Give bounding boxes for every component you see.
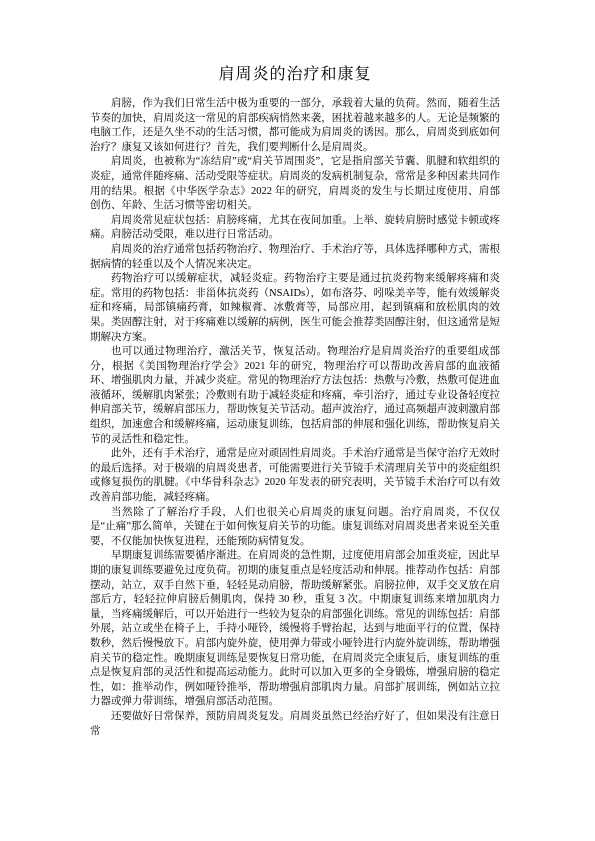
paragraph-daily-care: 还要做好日常保养，预防肩周炎复发。肩周炎虽然已经治疗好了，但如果没有注意日常 [90, 710, 500, 739]
document-page: 肩周炎的治疗和康复 肩膀，作为我们日常生活中极为重要的一部分，承载着大量的负荷。… [0, 0, 595, 841]
paragraph-intro: 肩膀，作为我们日常生活中极为重要的一部分，承载着大量的负荷。然而，随着生活节奏的… [90, 97, 500, 155]
paragraph-physical-therapy: 也可以通过物理治疗，激活关节，恢复活动。物理治疗是肩周炎治疗的重要组成部分，根据… [90, 345, 500, 447]
paragraph-definition: 肩周炎，也被称为“冻结肩”或“肩关节周围炎”，它是指肩部关节囊、肌腱和软组织的炎… [90, 155, 500, 213]
paragraph-symptoms: 肩周炎常见症状包括：肩膀疼痛，尤其在夜间加重。上举、旋转肩膀时感觉卡顿或疼痛。肩… [90, 214, 500, 243]
paragraph-surgery: 此外，还有手术治疗，通常是应对顽固性肩周炎。手术治疗通常是当保守治疗无效时的最后… [90, 447, 500, 505]
document-title: 肩周炎的治疗和康复 [90, 64, 500, 86]
paragraph-rehab-intro: 当然除了了解治疗手段，人们也很关心肩周炎的康复问题。治疗肩周炎，不仅仅是“止痛”… [90, 506, 500, 550]
paragraph-treatment-overview: 肩周炎的治疗通常包括药物治疗、物理治疗、手术治疗等，具体选择哪种方式，需根据病情… [90, 243, 500, 272]
paragraph-rehab-stages: 早期康复训练需要循序渐进。在肩周炎的急性期，过度使用肩部会加重炎症，因此早期的康… [90, 549, 500, 710]
paragraph-medication: 药物治疗可以缓解症状，减轻炎症。药物治疗主要是通过抗炎药物来缓解疼痛和炎症。常用… [90, 272, 500, 345]
